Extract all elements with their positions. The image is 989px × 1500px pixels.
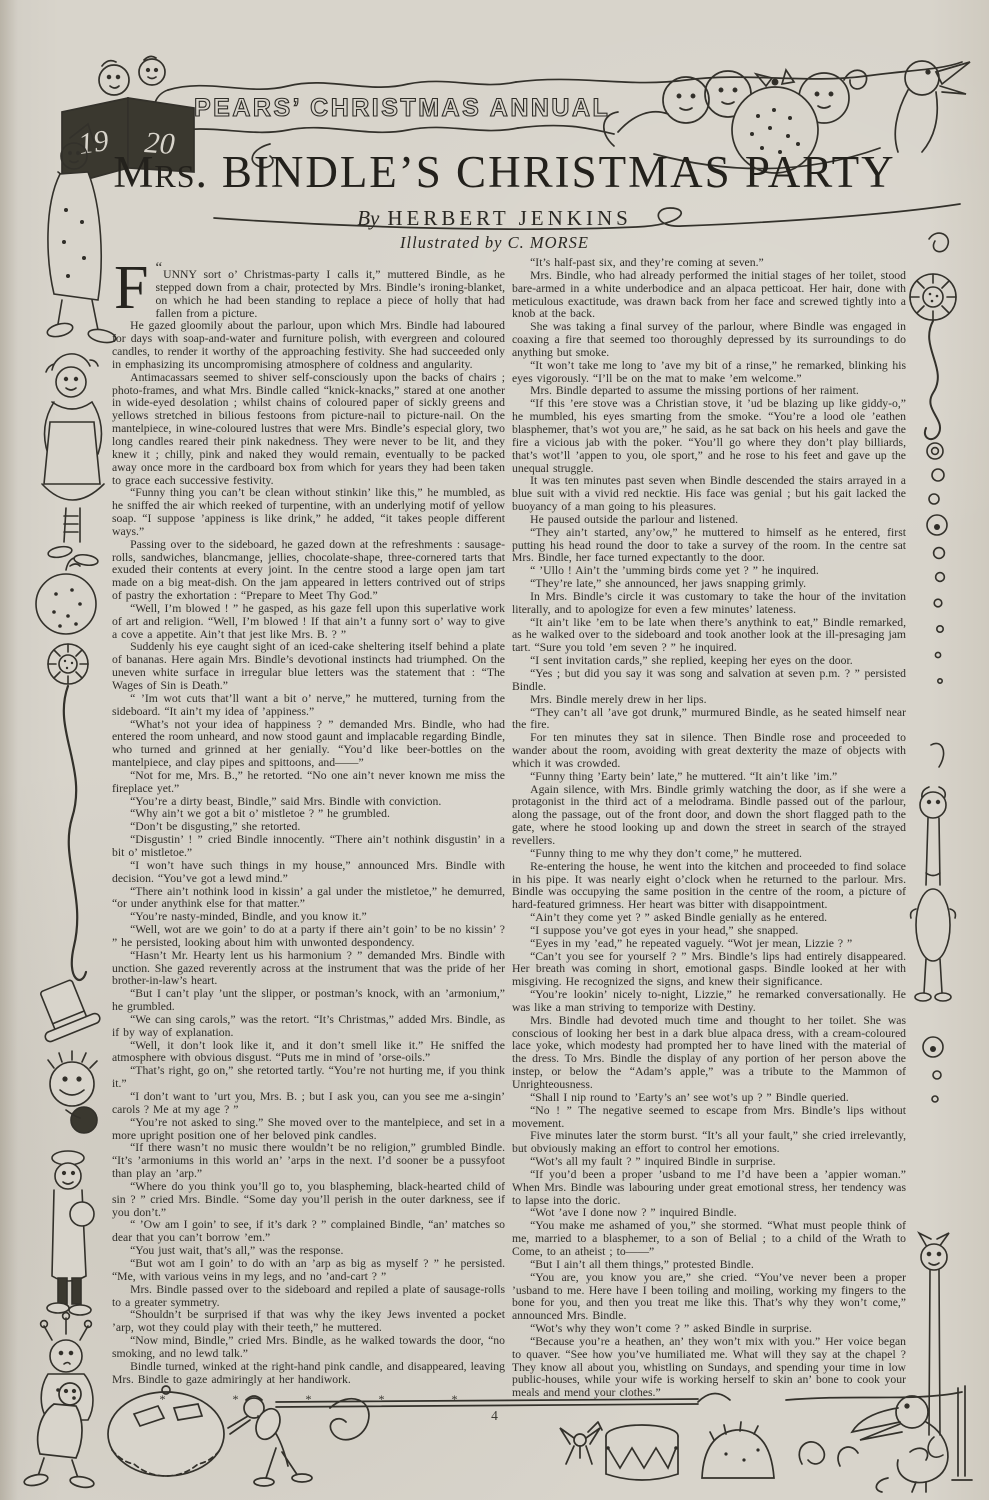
paragraph: “Eyes in my ’ead,” he repeated vaguely. … (512, 938, 906, 951)
paragraph: He paused outside the parlour and listen… (512, 514, 906, 527)
byline: ByHERBERT JENKINS (0, 206, 989, 231)
paragraph: “Hasn’t Mr. Hearty lent us his harmonium… (112, 950, 505, 989)
paragraph: Passing over to the sideboard, he gazed … (112, 539, 505, 603)
paragraph: “You are, you know you are,” she cried. … (512, 1272, 906, 1323)
left-column-paragraphs: He gazed gloomily about the parlour, upo… (112, 320, 505, 1386)
paragraph: “Now mind, Bindle,” cried Mrs. Bindle, a… (112, 1335, 505, 1361)
paragraph: Mrs. Bindle passed over to the sideboard… (112, 1284, 505, 1310)
right-post (952, 1386, 972, 1480)
paragraph: “Shouldn’t be surprised if that was why … (112, 1309, 505, 1335)
paragraph: “Shall I nip round to ’Earty’s an’ see w… (512, 1092, 906, 1105)
left-column: “FUNNY sort o’ Christmas-party I calls i… (112, 262, 505, 1406)
paragraph: “I won’t have such things in my house,” … (112, 860, 505, 886)
title-main: BINDLE’S CHRISTMAS PARTY (222, 147, 896, 197)
paragraph: “Can’t you see for yourself ? ” Mrs. Bin… (512, 951, 906, 990)
paragraph: “If there wasn’t no music there wouldn’t… (112, 1142, 505, 1181)
paragraph: “Not for me, Mrs. B.,” he retorted. “No … (112, 770, 505, 796)
paragraph: “But wot am I goin’ to do with an ’arp a… (112, 1258, 505, 1284)
paragraph: Mrs. Bindle, who had already performed t… (512, 270, 906, 321)
paragraph: “Well, wot are we goin’ to do at a party… (112, 924, 505, 950)
lead-paragraph-text: UNNY sort o’ Christmas-party I calls it,… (155, 268, 505, 320)
paragraph: “We can sing carols,” was the retort. “I… (112, 1014, 505, 1040)
paragraph: “Where do you think you’ll go to, you bl… (112, 1181, 505, 1220)
paragraph: “That’s right, go on,” she retorted tart… (112, 1065, 505, 1091)
paragraph: Suddenly his eye caught sight of an iced… (112, 641, 505, 692)
paragraph: “ ’Ow am I goin’ to see, if it’s dark ? … (112, 1219, 505, 1245)
paragraph: “Wot’s all my fault ? ” inquired Bindle … (512, 1156, 906, 1169)
magazine-page: Pears’ Christmas Annual 19 20 (0, 0, 989, 1500)
drop-cap: F (112, 262, 155, 312)
title-prefix: Mrs. (113, 147, 207, 197)
paragraph: “Disgustin’ ! ” cried Bindle innocently.… (112, 834, 505, 860)
paragraph: Five minutes later the storm burst. “It’… (512, 1130, 906, 1156)
page-number: 4 (0, 1408, 989, 1424)
maid-figure-icon (42, 354, 104, 567)
paragraph: “Ain’t they come yet ? ” asked Bindle ge… (512, 912, 906, 925)
paragraph: Bindle turned, winked at the right-hand … (112, 1361, 505, 1387)
paragraph: “They’re late,” she announced, her jaws … (512, 578, 906, 591)
illustration-credit: Illustrated by C. MORSE (0, 233, 989, 253)
paragraph: Mrs. Bindle had devoted much time and th… (512, 1015, 906, 1092)
corner-jester-icon (23, 1383, 94, 1489)
paragraph: “It’s half-past six, and they’re coming … (512, 257, 906, 270)
goose-icon (895, 61, 970, 152)
paragraph: He gazed gloomily about the parlour, upo… (112, 320, 505, 371)
eye-ornament-icon (923, 1037, 943, 1102)
paragraph: “No ! ” The negative seemed to escape fr… (512, 1105, 906, 1131)
section-separator: * * * * * (112, 1393, 505, 1406)
scroll-curls (799, 1442, 858, 1466)
vine-stem (64, 686, 86, 980)
paragraph: It was ten minutes past seven when Bindl… (512, 475, 906, 514)
paragraph: For ten minutes they sat in silence. The… (512, 732, 906, 771)
paragraph: Re-entering the house, he went into the … (512, 861, 906, 912)
paragraph: “What’s not your idea of happiness ? ” d… (112, 719, 505, 770)
paragraph: “Well, it don’t look like it, and it don… (112, 1040, 505, 1066)
rosette-tart-icon (48, 644, 88, 684)
bubble-chain (927, 443, 947, 683)
totem-figure-icon (911, 743, 956, 1001)
byline-prefix: By (357, 206, 379, 230)
paragraph: “There ain’t nothink lood in kissin’ a g… (112, 886, 505, 912)
jester-figure-icon (41, 1313, 93, 1420)
paragraph: “It ain’t like ’em to be late when there… (512, 617, 906, 656)
paragraph: “You’re not asked to sing.” She moved ov… (112, 1117, 505, 1143)
paragraph: “I don’t want to ’urt you, Mrs. B. ; but… (112, 1091, 505, 1117)
right-column: “It’s half-past six, and they’re coming … (512, 257, 906, 1400)
paragraph: “Funny thing to me why they don’t come,”… (512, 848, 906, 861)
lead-quote-mark: “ (155, 260, 162, 276)
squiggle-stem (925, 321, 940, 439)
rosette-icon (910, 274, 956, 320)
paragraph: “You make me ashamed of you,” she storme… (512, 1220, 906, 1259)
paragraph: “Wot’s why they won’t come ? ” asked Bin… (512, 1323, 906, 1336)
paragraph: “But I can’t play ’unt the slipper, or p… (112, 988, 505, 1014)
left-border-illustration (14, 118, 118, 1428)
paragraph: “They can’t all ’ave got drunk,” murmure… (512, 707, 906, 733)
paragraph: “They ain’t started, any’ow,” he muttere… (512, 527, 906, 566)
top-hat-icon (29, 975, 102, 1043)
paragraph: Mrs. Bindle merely drew in her lips. (512, 694, 906, 707)
paragraph: “It won’t take me long to ’ave my bit of… (512, 360, 906, 386)
pudding-icon (36, 558, 96, 634)
grinning-face-icon (48, 1051, 97, 1133)
right-column-paragraphs: “It’s half-past six, and they’re coming … (512, 257, 906, 1400)
drum-icon (606, 1425, 678, 1480)
paragraph: “If this ’ere stove was a Christian stov… (512, 398, 906, 475)
cook-figure-icon (47, 1151, 94, 1315)
paragraph: “ ’Im wot cuts that’ll want a bit o’ ner… (112, 693, 505, 719)
paragraph: “Because you’re a heathen, an’ they won’… (512, 1336, 906, 1400)
paragraph: “I suppose you’ve got eyes in your head,… (512, 925, 906, 938)
holly-icon (756, 70, 794, 86)
pudding-mound-icon (702, 1422, 774, 1478)
paragraph: “But I ain’t all them things,” protested… (512, 1259, 906, 1272)
paragraph: Antimacassars seemed to shiver self-cons… (112, 372, 505, 488)
paragraph: Again silence, with Mrs. Bindle grimly w… (512, 784, 906, 848)
paragraph: “If you’d been a proper ’usband to me I’… (512, 1169, 906, 1208)
paragraph: “Funny thing ’Earty bein’ late,” he mutt… (512, 771, 906, 784)
paragraph: “You’re lookin’ nicely to-night, Lizzie,… (512, 989, 906, 1015)
paragraph: In Mrs. Bindle’s circle it was customary… (512, 591, 906, 617)
lead-paragraph: “FUNNY sort o’ Christmas-party I calls i… (112, 262, 505, 320)
paragraph: “Funny thing you can’t be clean without … (112, 487, 505, 538)
author-name: HERBERT JENKINS (387, 206, 631, 230)
annual-title: Pears’ Christmas Annual (194, 94, 610, 122)
paragraph: She was taking a final survey of the par… (512, 321, 906, 360)
paragraph: “Well, I’m blowed ! ” he gasped, as his … (112, 603, 505, 642)
article-title: Mrs.BINDLE’S CHRISTMAS PARTY (60, 146, 949, 198)
fairy-icon (560, 1422, 602, 1464)
paragraph: “Yes ; but did you say it was song and s… (512, 668, 906, 694)
